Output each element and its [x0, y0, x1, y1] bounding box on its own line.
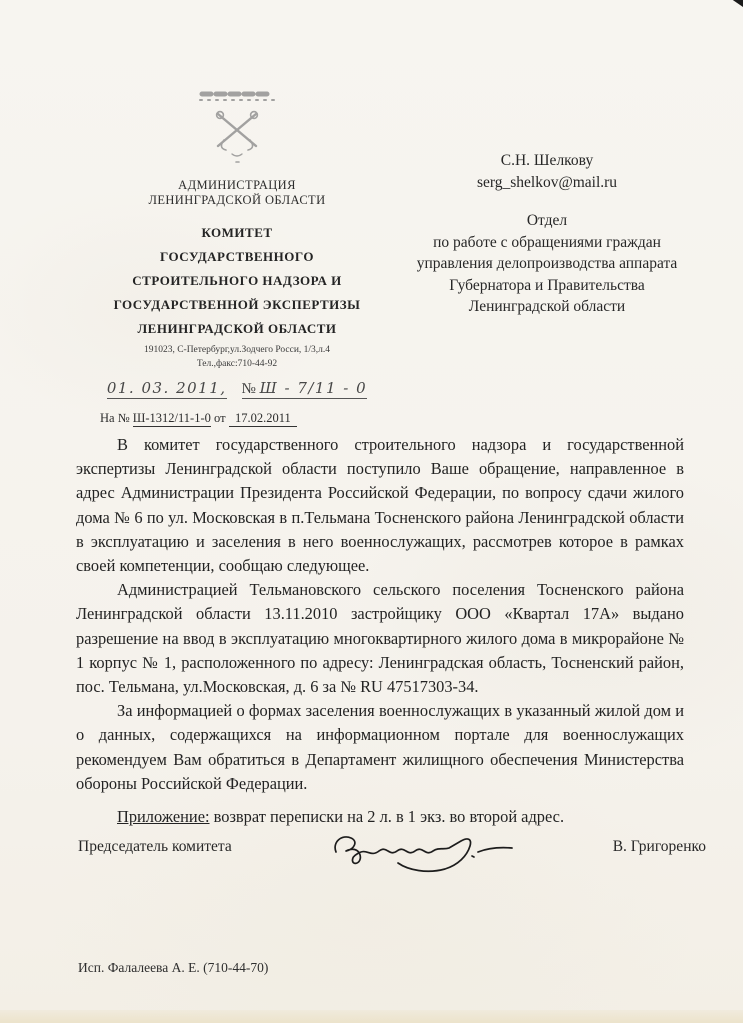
outgoing-date-handwritten: 01. 03. 2011,	[107, 379, 227, 397]
addressee-name: С.Н. Шелкову	[372, 150, 722, 172]
scanned-letter-page: АДМИНИСТРАЦИЯ ЛЕНИНГРАДСКОЙ ОБЛАСТИ КОМИ…	[0, 0, 743, 1023]
signer-position: Председатель комитета	[78, 838, 232, 856]
signature-icon	[322, 816, 522, 878]
reference-ot: от	[214, 411, 226, 425]
reference-prefix: На №	[100, 411, 130, 425]
letterhead-address: 191023, С-Петербург,ул.Зодчего Росси, 1/…	[78, 344, 396, 357]
org-parent-line: ЛЕНИНГРАДСКОЙ ОБЛАСТИ	[78, 193, 396, 208]
reference-line: На № Ш-1312/11-1-0 от 17.02.2011	[78, 411, 396, 426]
scan-corner-artifact	[731, 0, 743, 7]
addressee-dept-line: по работе с обращениями граждан	[372, 232, 722, 254]
addressee-dept-line: управления делопроизводства аппарата	[372, 253, 722, 275]
spacer	[372, 193, 722, 210]
addressee-dept-line: Ленинградской области	[372, 296, 722, 318]
scan-bottom-edge	[0, 1010, 743, 1023]
body-paragraph: Администрацией Тельмановского сельского …	[76, 578, 684, 699]
committee-line: СТРОИТЕЛЬНОГО НАДЗОРА И	[78, 269, 396, 293]
addressee-block: С.Н. Шелкову serg_shelkov@mail.ru Отдел …	[372, 150, 722, 318]
committee-line: ЛЕНИНГРАДСКОЙ ОБЛАСТИ	[78, 317, 396, 341]
org-parent-name: АДМИНИСТРАЦИЯ ЛЕНИНГРАДСКОЙ ОБЛАСТИ	[78, 178, 396, 208]
addressee-email: serg_shelkov@mail.ru	[372, 172, 722, 194]
letter-body: В комитет государственного строительного…	[76, 433, 684, 829]
body-paragraph: За информацией о формах заселения военно…	[76, 699, 684, 796]
signature-block: Председатель комитета В. Григоренко	[78, 816, 706, 878]
addressee-dept-line: Отдел	[372, 210, 722, 232]
committee-line: КОМИТЕТ	[78, 221, 396, 245]
letterhead-phone: Тел.,факс:710-44-92	[78, 357, 396, 372]
org-parent-line: АДМИНИСТРАЦИЯ	[78, 178, 396, 193]
committee-line: ГОСУДАРСТВЕННОЙ ЭКСПЕРТИЗЫ	[78, 293, 396, 317]
reference-number: Ш-1312/11-1-0	[133, 411, 211, 427]
outgoing-number-handwritten: Ш - 7/11 - 0	[260, 379, 368, 397]
outgoing-date-number: 01. 03. 2011, № Ш - 7/11 - 0	[78, 379, 396, 398]
signer-name: В. Григоренко	[613, 838, 706, 856]
committee-line: ГОСУДАРСТВЕННОГО	[78, 245, 396, 269]
addressee-dept-line: Губернатора и Правительства	[372, 275, 722, 297]
coat-of-arms-icon	[196, 88, 278, 172]
body-paragraph: В комитет государственного строительного…	[76, 433, 684, 578]
reference-date: 17.02.2011	[229, 411, 297, 427]
executor-note: Исп. Фалалеева А. Е. (710-44-70)	[78, 960, 268, 976]
committee-name: КОМИТЕТ ГОСУДАРСТВЕННОГО СТРОИТЕЛЬНОГО Н…	[78, 221, 396, 341]
letterhead: АДМИНИСТРАЦИЯ ЛЕНИНГРАДСКОЙ ОБЛАСТИ КОМИ…	[78, 88, 396, 426]
number-sign: №	[242, 381, 256, 397]
